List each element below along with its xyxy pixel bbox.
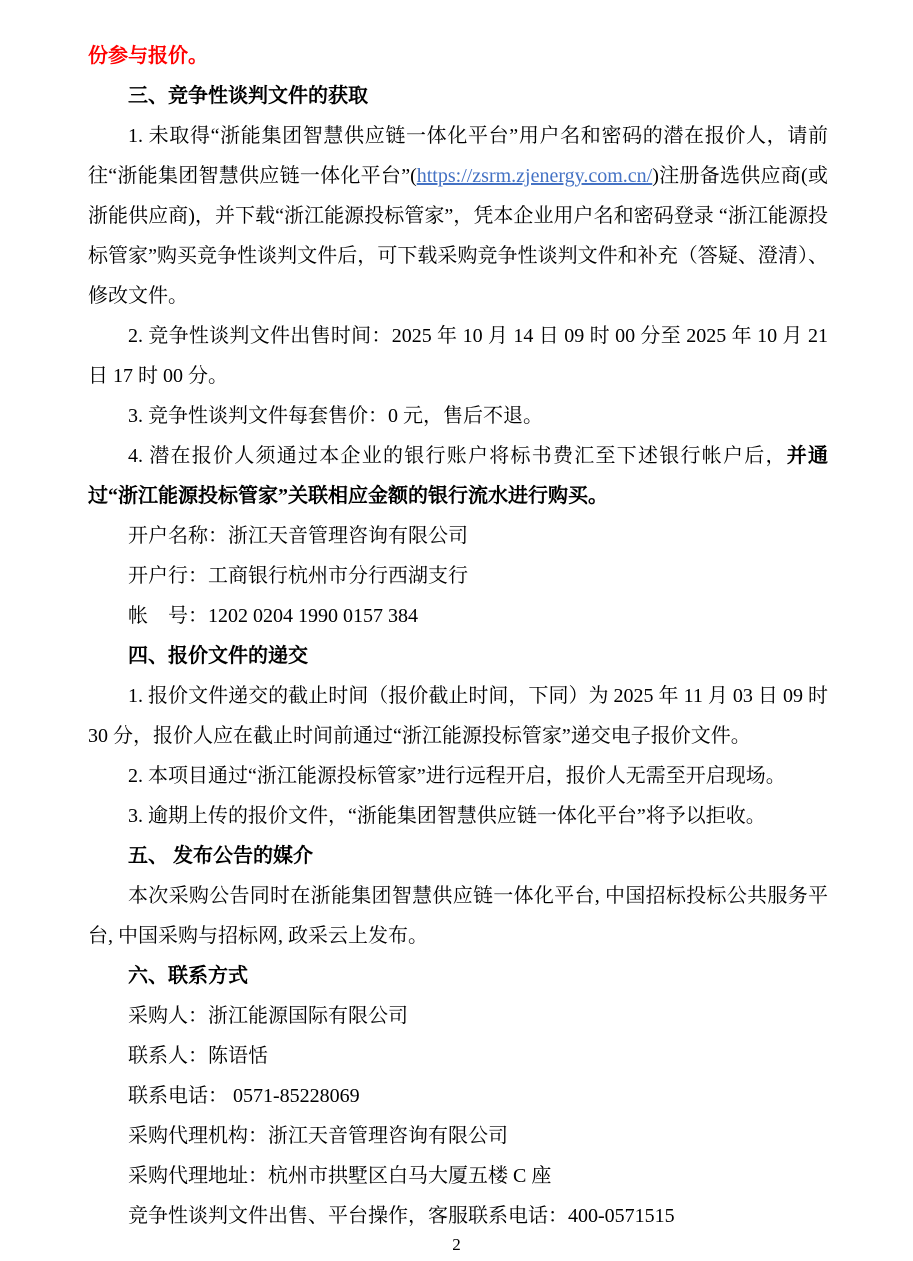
section-4-item-3: 3. 逾期上传的报价文件，“浙能集团智慧供应链一体化平台”将予以拒收。 xyxy=(88,796,828,836)
document-page: 份参与报价。三、竞争性谈判文件的获取1. 未取得“浙能集团智慧供应链一体化平台”… xyxy=(0,0,913,1261)
bank-line: 开户行：工商银行杭州市分行西湖支行 xyxy=(88,556,828,596)
text-run: 五、 发布公告的媒介 xyxy=(128,845,313,867)
section-3-item-3: 3. 竞争性谈判文件每套售价：0 元，售后不退。 xyxy=(88,396,828,436)
text-run: 帐 号：1202 0204 1990 0157 384 xyxy=(128,605,418,627)
section-3-heading: 三、竞争性谈判文件的获取 xyxy=(88,76,828,116)
text-run: 四、报价文件的递交 xyxy=(128,645,308,667)
agency-line: 采购代理机构：浙江天音管理咨询有限公司 xyxy=(88,1116,828,1156)
text-run: 本次采购公告同时在浙能集团智慧供应链一体化平台, 中国招标投标公共服务平台, 中… xyxy=(88,885,828,947)
text-run: 份参与报价。 xyxy=(88,45,208,67)
text-run: 六、联系方式 xyxy=(128,965,248,987)
section-4-heading: 四、报价文件的递交 xyxy=(88,636,828,676)
document-body: 份参与报价。三、竞争性谈判文件的获取1. 未取得“浙能集团智慧供应链一体化平台”… xyxy=(88,36,828,1236)
contact-person-line: 联系人：陈语恬 xyxy=(88,1036,828,1076)
text-run: 采购代理机构：浙江天音管理咨询有限公司 xyxy=(128,1125,508,1147)
text-run: 2. 本项目通过“浙江能源投标管家”进行远程开启，报价人无需至开启现场。 xyxy=(128,765,786,787)
zsrm-platform-link[interactable]: https://zsrm.zjenergy.com.cn/ xyxy=(417,165,653,187)
text-run: 1. 报价文件递交的截止时间（报价截止时间，下同）为 2025 年 11 月 0… xyxy=(88,685,828,747)
text-run: 采购人：浙江能源国际有限公司 xyxy=(128,1005,408,1027)
text-run: 3. 竞争性谈判文件每套售价：0 元，售后不退。 xyxy=(128,405,543,427)
account-name-line: 开户名称：浙江天音管理咨询有限公司 xyxy=(88,516,828,556)
section-4-item-1: 1. 报价文件递交的截止时间（报价截止时间，下同）为 2025 年 11 月 0… xyxy=(88,676,828,756)
text-run: 竞争性谈判文件出售、平台操作，客服联系电话：400-0571515 xyxy=(128,1205,675,1227)
purchaser-line: 采购人：浙江能源国际有限公司 xyxy=(88,996,828,1036)
account-number-line: 帐 号：1202 0204 1990 0157 384 xyxy=(88,596,828,636)
text-run: 3. 逾期上传的报价文件，“浙能集团智慧供应链一体化平台”将予以拒收。 xyxy=(128,805,766,827)
text-run: 联系人：陈语恬 xyxy=(128,1045,268,1067)
text-run: 三、竞争性谈判文件的获取 xyxy=(128,85,368,107)
text-run: 4. 潜在报价人须通过本企业的银行账户将标书费汇至下述银行帐户后， xyxy=(128,445,787,467)
section-6-heading: 六、联系方式 xyxy=(88,956,828,996)
text-run: 2. 竞争性谈判文件出售时间：2025 年 10 月 14 日 09 时 00 … xyxy=(88,325,828,387)
section-3-item-1: 1. 未取得“浙能集团智慧供应链一体化平台”用户名和密码的潜在报价人，请前往“浙… xyxy=(88,116,828,316)
text-run: 开户行：工商银行杭州市分行西湖支行 xyxy=(128,565,468,587)
section-3-item-2: 2. 竞争性谈判文件出售时间：2025 年 10 月 14 日 09 时 00 … xyxy=(88,316,828,396)
text-run: 开户名称：浙江天音管理咨询有限公司 xyxy=(128,525,468,547)
agency-address-line: 采购代理地址：杭州市拱墅区白马大厦五楼 C 座 xyxy=(88,1156,828,1196)
text-run: 联系电话： 0571-85228069 xyxy=(128,1085,360,1107)
section-3-item-4: 4. 潜在报价人须通过本企业的银行账户将标书费汇至下述银行帐户后，并通过“浙江能… xyxy=(88,436,828,516)
service-phone-line: 竞争性谈判文件出售、平台操作，客服联系电话：400-0571515 xyxy=(88,1196,828,1236)
text-run: 采购代理地址：杭州市拱墅区白马大厦五楼 C 座 xyxy=(128,1165,551,1187)
section-5-heading: 五、 发布公告的媒介 xyxy=(88,836,828,876)
red-continuation-line: 份参与报价。 xyxy=(88,36,828,76)
section-5-body: 本次采购公告同时在浙能集团智慧供应链一体化平台, 中国招标投标公共服务平台, 中… xyxy=(88,876,828,956)
section-4-item-2: 2. 本项目通过“浙江能源投标管家”进行远程开启，报价人无需至开启现场。 xyxy=(88,756,828,796)
page-number: 2 xyxy=(0,1235,913,1255)
contact-phone-line: 联系电话： 0571-85228069 xyxy=(88,1076,828,1116)
